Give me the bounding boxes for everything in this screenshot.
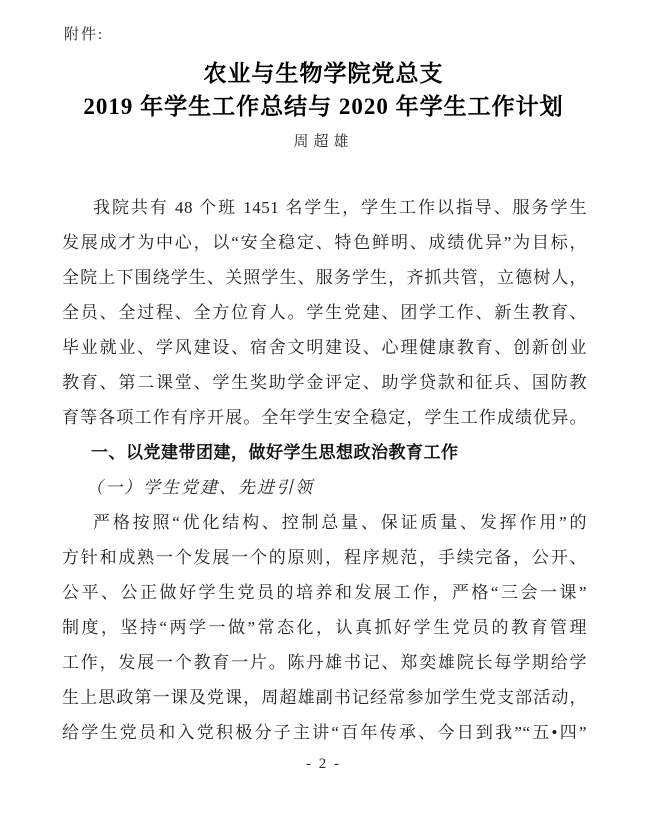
body-line: 公平、公正做好学生党员的培养和发展工作，严格“三会一课”: [62, 575, 587, 610]
body-line: 毕业就业、学风建设、宿舍文明建设、心理健康教育、创新创业: [62, 330, 587, 365]
title-line-2: 2019 年学生工作总结与 2020 年学生工作计划: [0, 90, 647, 123]
body-line: 制度，坚持“两学一做”常态化，认真抓好学生党员的教育管理: [62, 610, 587, 645]
attachment-label: 附件:: [64, 25, 647, 45]
paragraph-2: 严格按照“优化结构、控制总量、保证质量、发挥作用”的 方针和成熟一个发展一个的原…: [62, 505, 587, 750]
body-line: 工作，发展一个教育一片。陈丹雄书记、郑奕雄院长每学期给学: [62, 645, 587, 680]
title-line-1: 农业与生物学院党总支: [0, 57, 647, 90]
body-line: 育等各项工作有序开展。全年学生安全稳定，学生工作成绩优异。: [62, 400, 587, 435]
body-line: 全员、全过程、全方位育人。学生党建、团学工作、新生教育、: [62, 295, 587, 330]
author-name: 周超雄: [0, 132, 647, 153]
body-line: 严格按照“优化结构、控制总量、保证质量、发挥作用”的: [62, 505, 587, 540]
body-line: 我院共有 48 个班 1451 名学生，学生工作以指导、服务学生: [62, 190, 587, 225]
body-line: 全院上下围绕学生、关照学生、服务学生，齐抓共管，立德树人，: [62, 260, 587, 295]
body-line: 给学生党员和入党积极分子主讲“百年传承、今日到我”“五•四”: [62, 715, 587, 750]
paragraph-1: 我院共有 48 个班 1451 名学生，学生工作以指导、服务学生 发展成才为中心…: [62, 190, 587, 435]
document-title: 农业与生物学院党总支 2019 年学生工作总结与 2020 年学生工作计划: [0, 57, 647, 123]
subsection-heading: （一）学生党建、先进引领: [62, 470, 587, 505]
document-page: 附件: 农业与生物学院党总支 2019 年学生工作总结与 2020 年学生工作计…: [0, 0, 647, 833]
section-heading: 一、以党建带团建，做好学生思想政治教育工作: [62, 435, 587, 470]
body-line: 生上思政第一课及党课，周超雄副书记经常参加学生党支部活动，: [62, 680, 587, 715]
body-line: 方针和成熟一个发展一个的原则，程序规范，手续完备，公开、: [62, 540, 587, 575]
body-line: 发展成才为中心，以“安全稳定、特色鲜明、成绩优异”为目标，: [62, 225, 587, 260]
document-body: 我院共有 48 个班 1451 名学生，学生工作以指导、服务学生 发展成才为中心…: [62, 190, 587, 750]
page-number: - 2 -: [0, 756, 647, 772]
body-line: 教育、第二课堂、学生奖助学金评定、助学贷款和征兵、国防教: [62, 365, 587, 400]
